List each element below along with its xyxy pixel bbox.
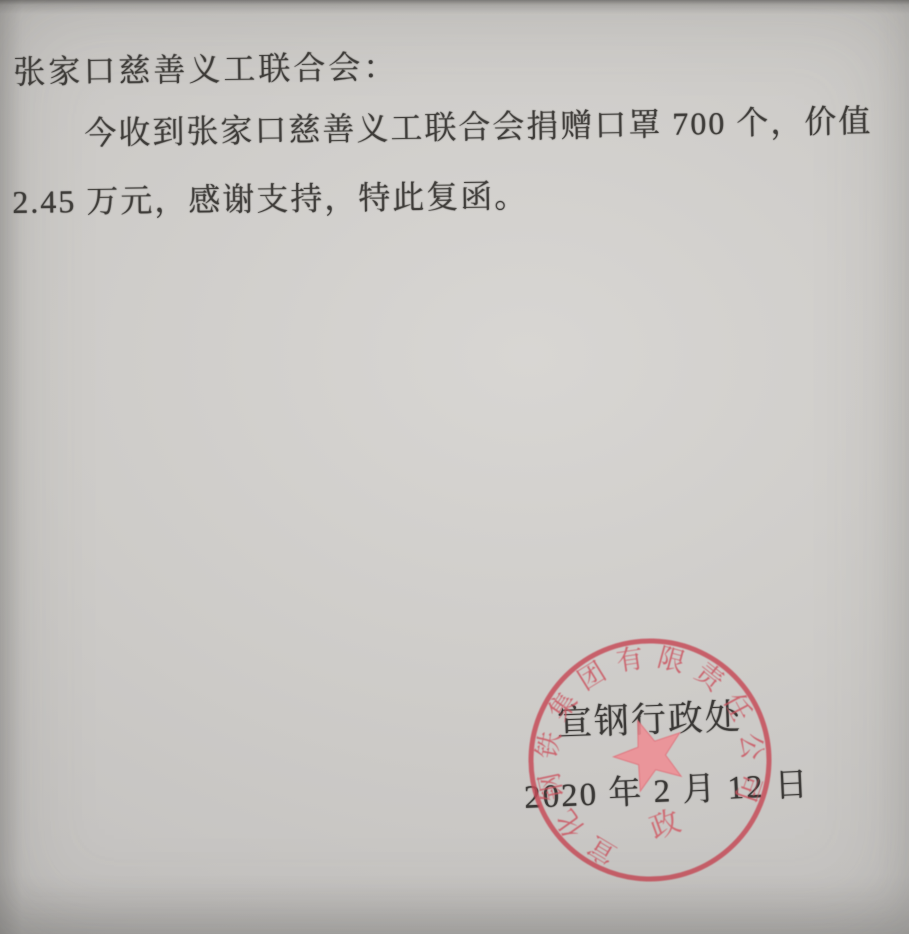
body-text-line-2: 2.45 万元，感谢支持，特此复函。	[12, 171, 529, 223]
salutation-line: 张家口慈善义工联合会：	[13, 42, 399, 93]
seal-rotated-group: 宣化钢铁集团有限责任公司 行政处	[518, 628, 782, 892]
document-photo: 张家口慈善义工联合会： 今收到张家口慈善义工联合会捐赠口罩 700 个，价值 2…	[0, 0, 909, 934]
official-seal: 宣化钢铁集团有限责任公司 行政处	[518, 628, 782, 892]
body-text-line-1: 今收到张家口慈善义工联合会捐赠口罩 700 个，价值	[84, 96, 873, 154]
star-icon	[605, 709, 694, 796]
